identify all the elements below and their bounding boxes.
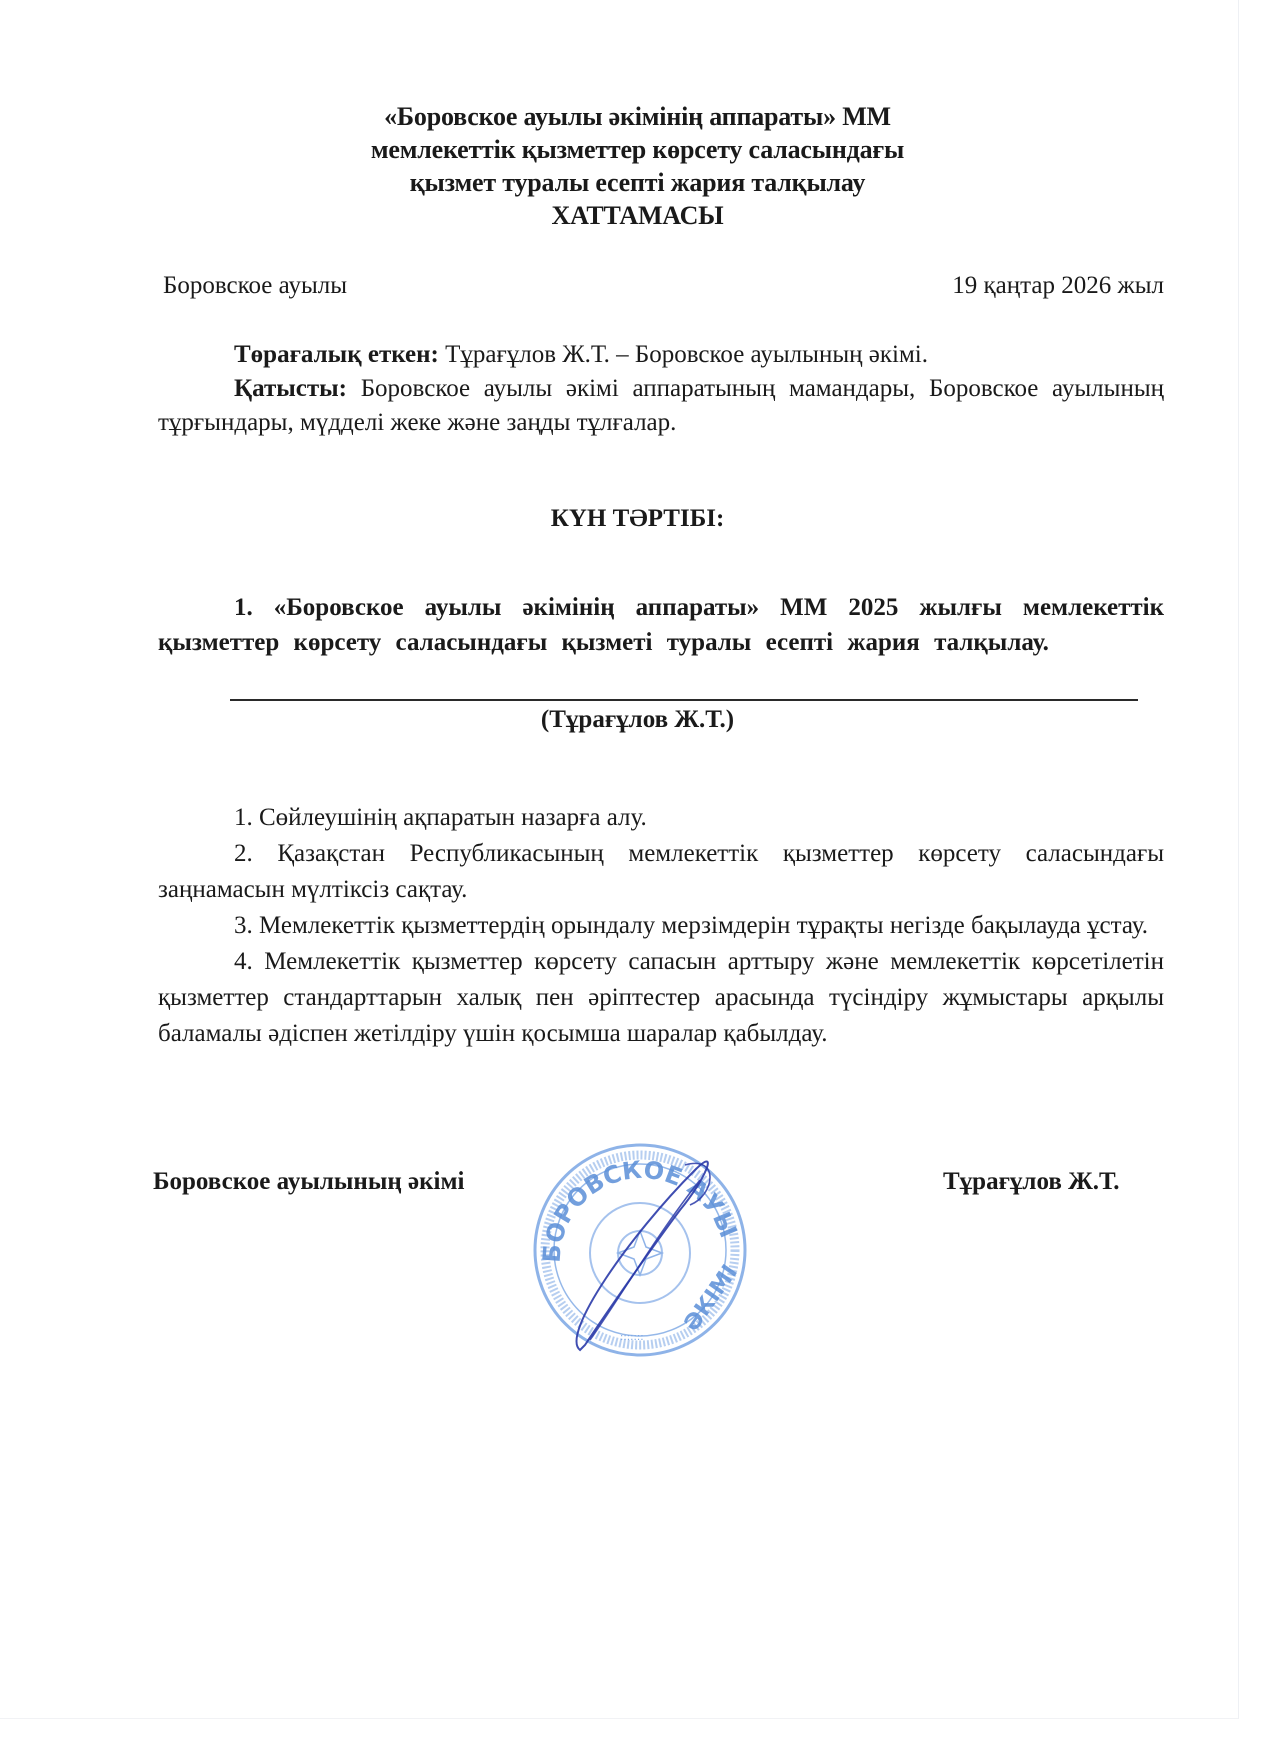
decision-item: 4. Мемлекеттік қызметтер көрсету сапасын…	[158, 944, 1164, 1052]
chaired-label: Төрағалық еткен:	[234, 341, 439, 368]
title-line-2: мемлекеттік қызметтер көрсету саласындағ…	[0, 133, 1275, 166]
attended-label: Қатысты:	[234, 375, 347, 402]
decision-item: 2. Қазақстан Республикасының мемлекеттік…	[158, 836, 1164, 908]
title-line-4: ХАТТАМАСЫ	[0, 199, 1275, 232]
speaker: (Тұрағұлов Ж.Т.)	[0, 706, 1275, 734]
chaired-text: Тұрағұлов Ж.Т. – Боровское ауылының әкім…	[439, 341, 928, 368]
official-stamp-icon: БОРОВСКОЕ АУЫЛЫ ӘКІМІ :::::::	[520, 1135, 760, 1365]
document-title: «Боровское ауылы әкімінің аппараты» ММ м…	[0, 100, 1275, 232]
title-line-3: қызмет туралы есепті жария талқылау	[0, 166, 1275, 199]
signature-name: Тұрағұлов Ж.Т.	[943, 1168, 1119, 1196]
date: 19 қаңтар 2026 жыл	[952, 272, 1164, 300]
signature-position: Боровское ауылының әкімі	[153, 1168, 464, 1196]
decision-item: 3. Мемлекеттік қызметтердің орындалу мер…	[158, 908, 1164, 944]
title-line-1: «Боровское ауылы әкімінің аппараты» ММ	[0, 100, 1275, 133]
horizontal-rule	[230, 699, 1138, 701]
svg-text::::::::: :::::::	[620, 1332, 644, 1343]
agenda-item-text: 1. «Боровское ауылы әкімінің аппараты» М…	[158, 594, 1164, 656]
agenda-heading: КҮН ТӘРТІБІ:	[0, 505, 1275, 533]
decisions-list: 1. Сөйлеушінің ақпаратын назарға алу. 2.…	[158, 800, 1164, 1052]
place: Боровское ауылы	[163, 272, 347, 300]
agenda-item: 1. «Боровское ауылы әкімінің аппараты» М…	[158, 590, 1164, 660]
decision-item: 1. Сөйлеушінің ақпаратын назарға алу.	[158, 800, 1164, 836]
document-page: «Боровское ауылы әкімінің аппараты» ММ м…	[0, 0, 1239, 1719]
chaired-paragraph: Төрағалық еткен: Тұрағұлов Ж.Т. – Боровс…	[158, 338, 1164, 372]
attended-paragraph: Қатысты: Боровское ауылы әкімі аппаратын…	[158, 372, 1164, 440]
